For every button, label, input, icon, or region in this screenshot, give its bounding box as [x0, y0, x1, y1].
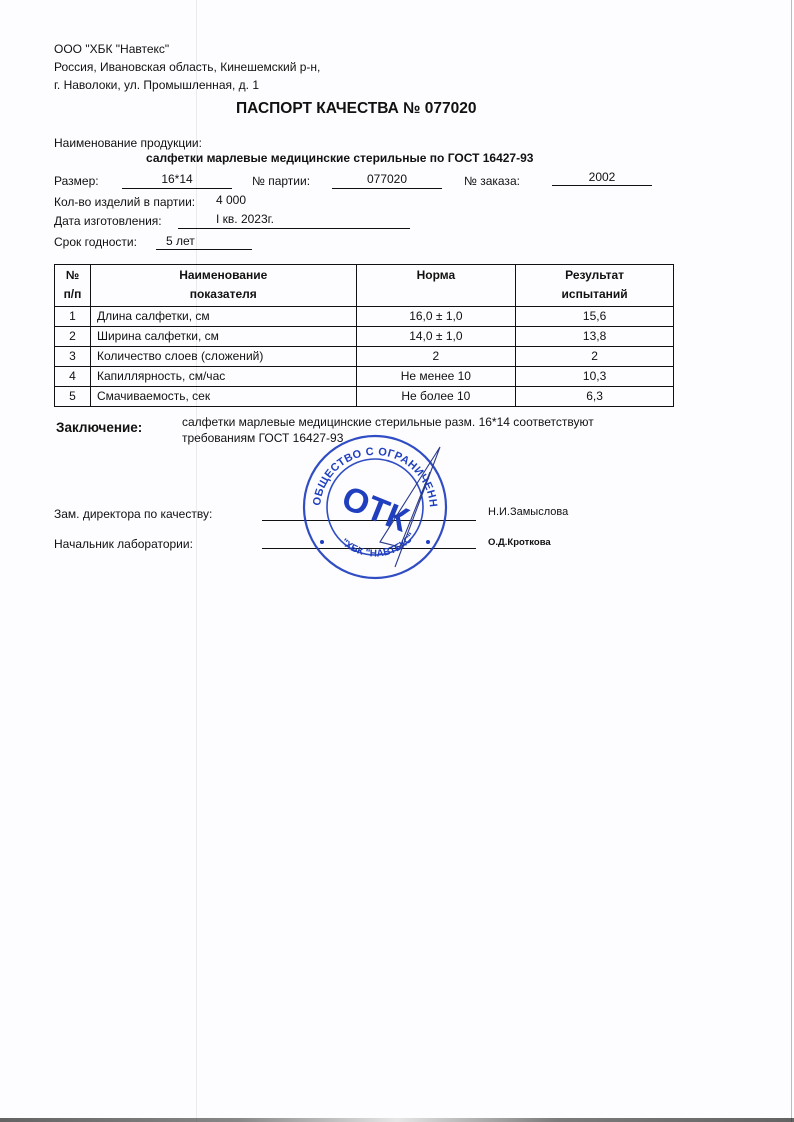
quantity-label: Кол-во изделий в партии:	[54, 195, 195, 209]
row-number: 2	[55, 327, 91, 347]
row-number: 1	[55, 307, 91, 327]
shelf-life-underline	[156, 249, 252, 250]
row-number: 4	[55, 367, 91, 387]
stamp-dot-icon	[320, 540, 324, 544]
row-indicator: Количество слоев (сложений)	[90, 347, 356, 367]
company-address-1: Россия, Ивановская область, Кинешемский …	[54, 60, 320, 74]
row-indicator: Ширина салфетки, см	[90, 327, 356, 347]
signature-role-quality: Зам. директора по качеству:	[54, 507, 212, 521]
row-result: 10,3	[516, 367, 674, 387]
row-norm: 14,0 ± 1,0	[356, 327, 516, 347]
order-underline	[552, 185, 652, 186]
order-label: № заказа:	[464, 174, 520, 188]
document-title: ПАСПОРТ КАЧЕСТВА № 077020	[236, 100, 476, 118]
stamp-center-text: ОТК	[337, 479, 414, 540]
scan-edge-bottom	[0, 1118, 794, 1122]
table-row: 1 Длина салфетки, см 16,0 ± 1,0 15,6	[55, 307, 674, 327]
otk-stamp: ОБЩЕСТВО С ОГРАНИЧЕННОЙ ОТВЕТСТВЕННОСТЬЮ…	[300, 432, 450, 582]
order-value: 2002	[552, 170, 652, 184]
row-result: 6,3	[516, 387, 674, 407]
table-header-row: №п/п Наименованиепоказателя Норма Резуль…	[55, 265, 674, 307]
signature-role-lab: Начальник лаборатории:	[54, 537, 193, 551]
quantity-value: 4 000	[216, 193, 246, 207]
date-underline	[178, 228, 410, 229]
quality-table: №п/п Наименованиепоказателя Норма Резуль…	[54, 264, 674, 407]
header-number: №п/п	[55, 265, 91, 307]
row-norm: Не менее 10	[356, 367, 516, 387]
conclusion-label: Заключение:	[56, 420, 142, 435]
svg-text:"ХБК "НАВТЕКС": "ХБК "НАВТЕКС"	[339, 531, 418, 560]
company-address-2: г. Наволоки, ул. Промышленная, д. 1	[54, 78, 259, 92]
company-name: ООО "ХБК "Навтекс"	[54, 42, 169, 56]
row-result: 13,8	[516, 327, 674, 347]
date-label: Дата изготовления:	[54, 214, 162, 228]
table-row: 3 Количество слоев (сложений) 2 2	[55, 347, 674, 367]
scan-edge	[791, 0, 792, 1122]
product-label: Наименование продукции:	[54, 136, 202, 150]
row-result: 15,6	[516, 307, 674, 327]
row-number: 3	[55, 347, 91, 367]
row-norm: Не более 10	[356, 387, 516, 407]
shelf-life-label: Срок годности:	[54, 235, 137, 249]
row-indicator: Смачиваемость, сек	[90, 387, 356, 407]
header-result: Результатиспытаний	[516, 265, 674, 307]
batch-value: 077020	[332, 172, 442, 186]
table-row: 2 Ширина салфетки, см 14,0 ± 1,0 13,8	[55, 327, 674, 347]
signature-name-lab: О.Д.Кроткова	[488, 537, 551, 548]
row-result: 2	[516, 347, 674, 367]
conclusion-line-1: салфетки марлевые медицинские стерильные…	[182, 415, 594, 429]
size-label: Размер:	[54, 174, 99, 188]
row-number: 5	[55, 387, 91, 407]
row-indicator: Капиллярность, см/час	[90, 367, 356, 387]
size-value: 16*14	[122, 172, 232, 186]
table-row: 4 Капиллярность, см/час Не менее 10 10,3	[55, 367, 674, 387]
signature-name-quality: Н.И.Замыслова	[488, 506, 568, 518]
batch-underline	[332, 188, 442, 189]
row-indicator: Длина салфетки, см	[90, 307, 356, 327]
product-value: салфетки марлевые медицинские стерильные…	[146, 151, 533, 165]
header-norm: Норма	[356, 265, 516, 307]
date-value: I кв. 2023г.	[216, 212, 274, 226]
row-norm: 2	[356, 347, 516, 367]
size-underline	[122, 188, 232, 189]
header-indicator: Наименованиепоказателя	[90, 265, 356, 307]
row-norm: 16,0 ± 1,0	[356, 307, 516, 327]
shelf-life-value: 5 лет	[166, 234, 195, 248]
batch-label: № партии:	[252, 174, 310, 188]
table-row: 5 Смачиваемость, сек Не более 10 6,3	[55, 387, 674, 407]
stamp-dot-icon	[426, 540, 430, 544]
scan-fold-line	[196, 0, 197, 1122]
stamp-bottom-text: "ХБК "НАВТЕКС"	[339, 531, 418, 560]
